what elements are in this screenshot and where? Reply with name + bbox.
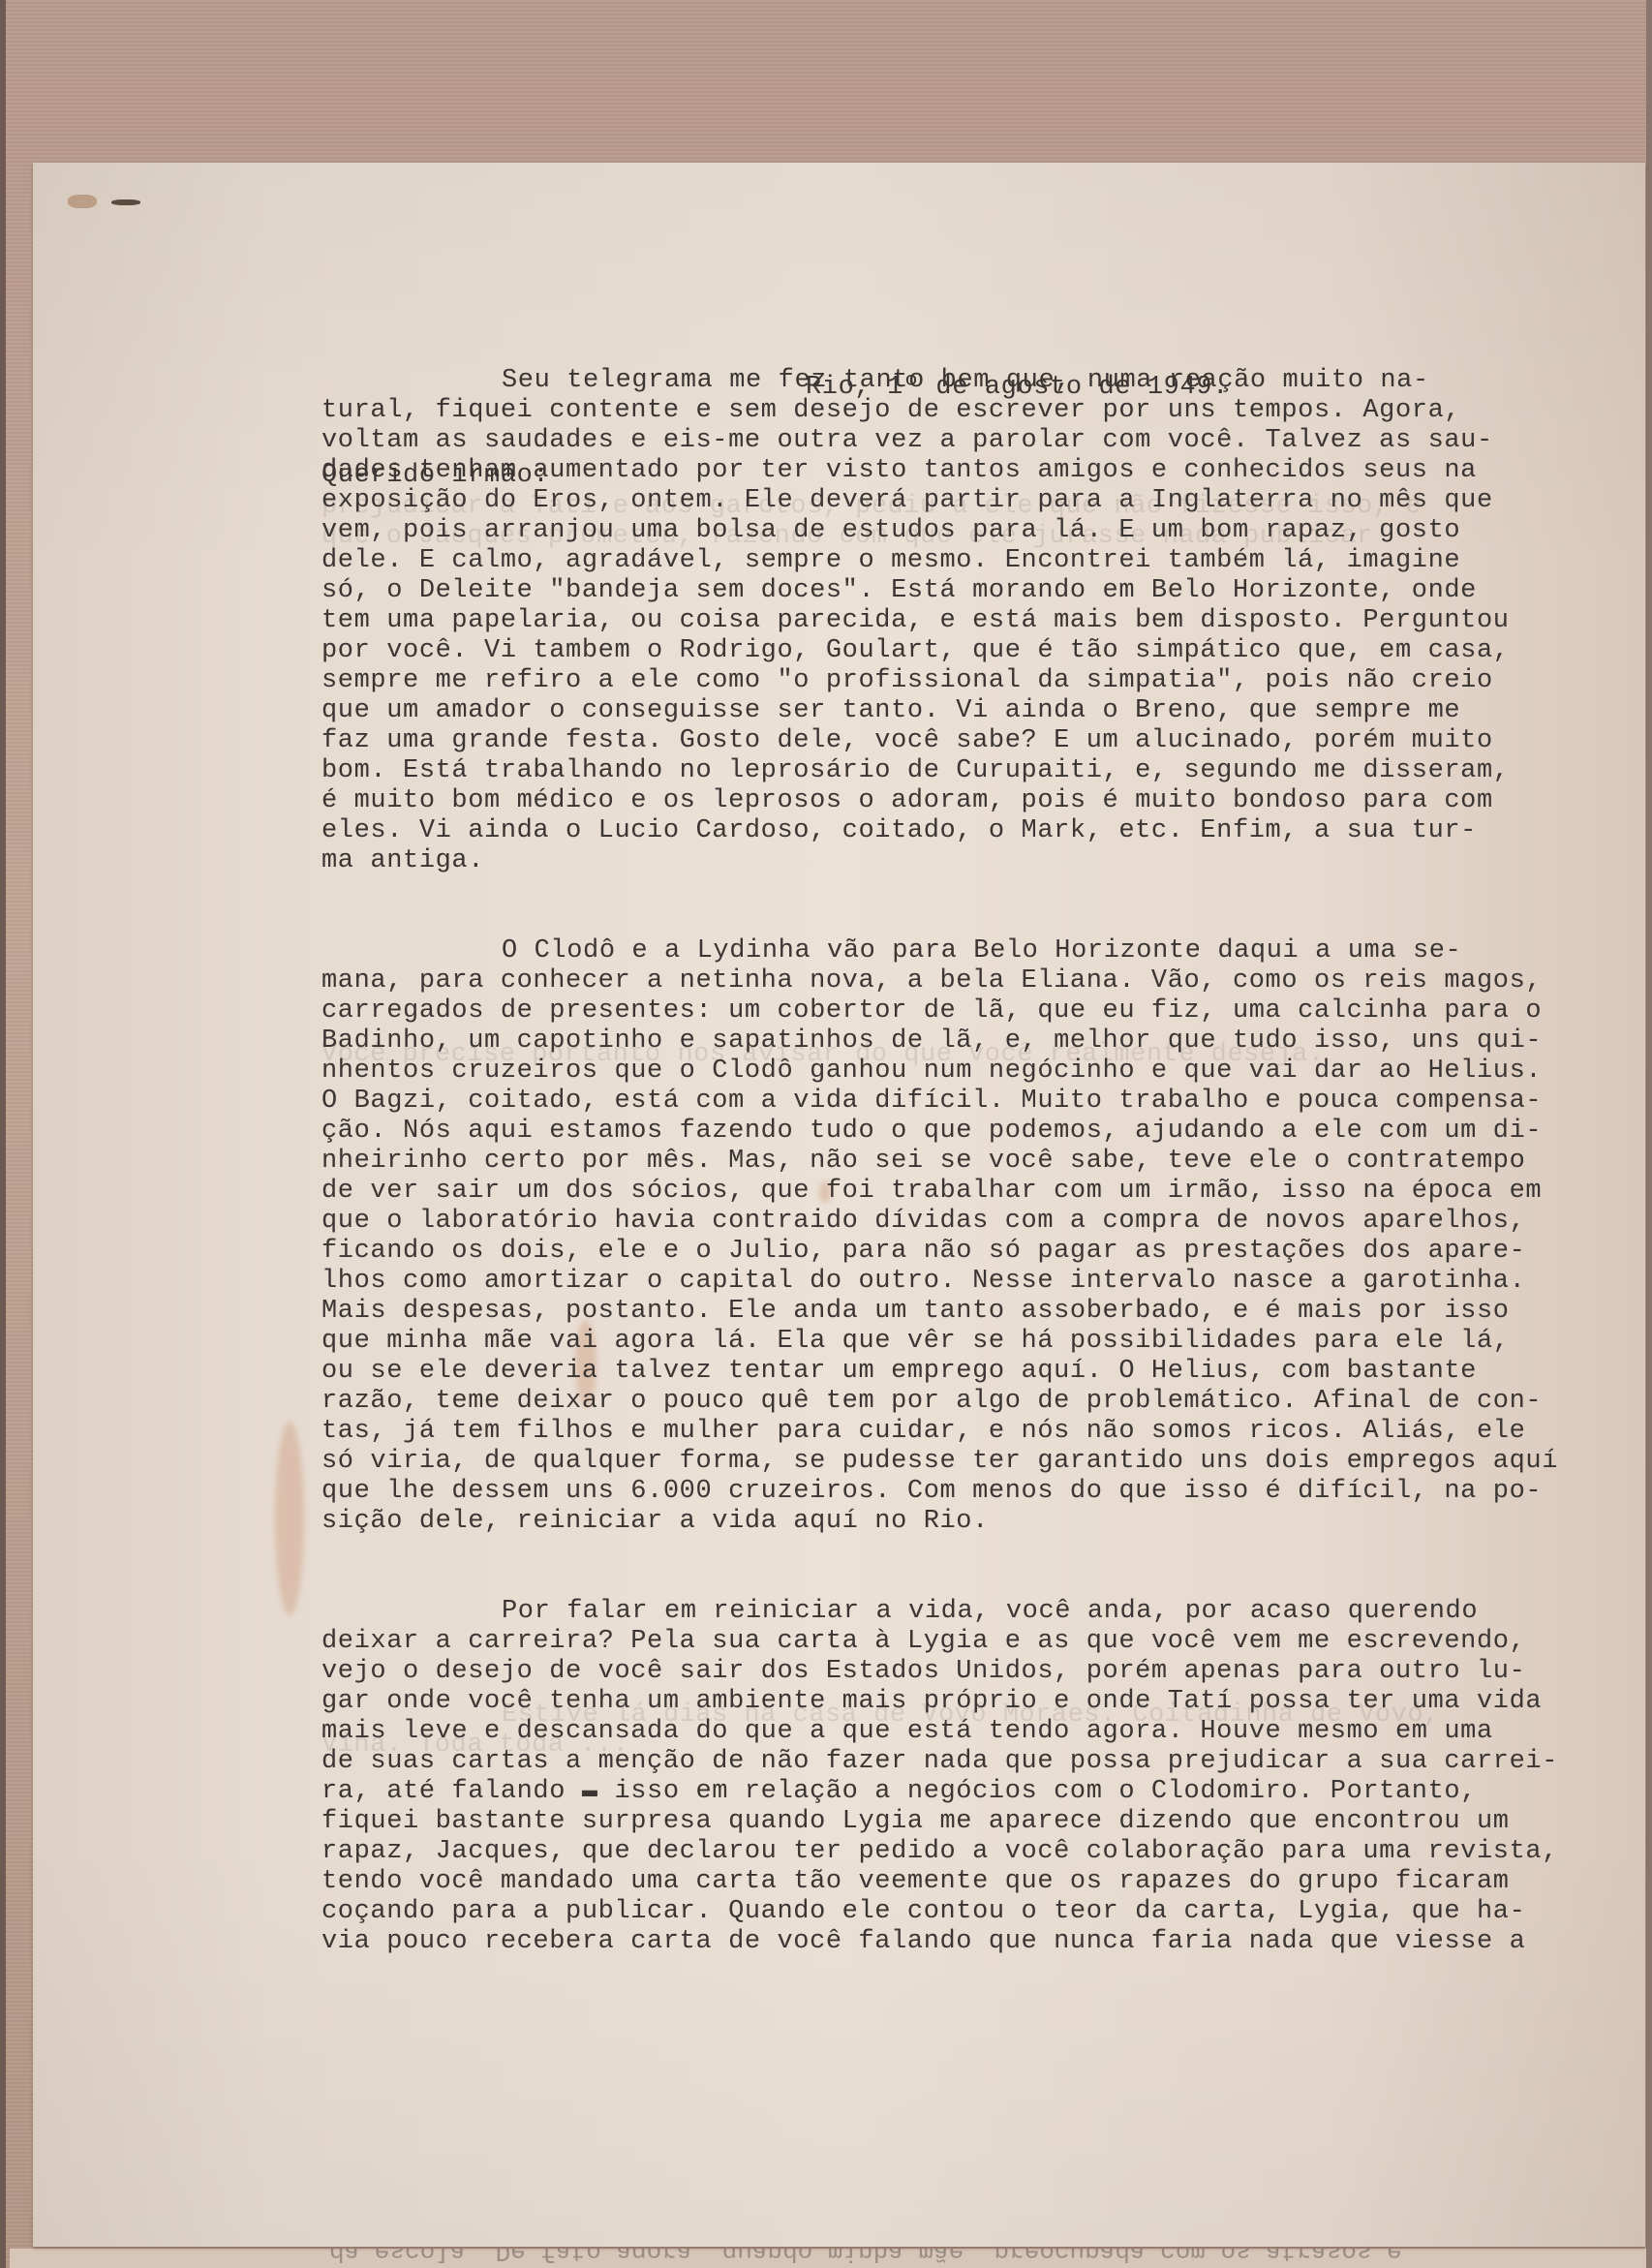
text-line: sempre me refiro a ele como "o profissio… xyxy=(321,666,1493,695)
text-line: que minha mãe vai agora lá. Ela que vêr … xyxy=(321,1327,1510,1356)
text-line: mana, para conhecer a netinha nova, a be… xyxy=(321,966,1542,996)
text-line: ficando os dois, ele e o Julio, para não… xyxy=(321,1237,1525,1266)
text-line: voltam as saudades e eis-me outra vez a … xyxy=(321,426,1493,455)
text-line: dades tenham aumentado por ter visto tan… xyxy=(321,456,1477,485)
text-line: que lhe dessem uns 6.000 cruzeiros. Com … xyxy=(321,1477,1542,1506)
text-line: ou se ele deveria talvez tentar um empre… xyxy=(321,1357,1477,1386)
text-line: Badinho, um capotinho e sapatinhos de lã… xyxy=(321,1027,1542,1056)
text-line: O Clodô e a Lydinha vão para Belo Horizo… xyxy=(502,936,1461,965)
scan-edge-right xyxy=(1646,0,1652,2268)
text-line: vem, pois arranjou uma bolsa de estudos … xyxy=(321,516,1460,545)
text-line: fiquei bastante surpresa quando Lygia me… xyxy=(321,1807,1510,1836)
scan-edge-left xyxy=(0,0,6,2268)
text-line: coçando para a publicar. Quando ele cont… xyxy=(321,1897,1525,1926)
text-line: via pouco recebera carta de você falando… xyxy=(321,1927,1525,1956)
text-line: nheirinho certo por mês. Mas, não sei se… xyxy=(321,1147,1525,1176)
letter-body: Rio, 1º de agosto de 1949. Querido irmão… xyxy=(33,163,1645,2247)
text-line: razão, teme deixar o pouco quê tem por a… xyxy=(321,1387,1542,1416)
text-line: carregados de presentes: um cobertor de … xyxy=(321,996,1542,1026)
text-line: de suas cartas a menção de não fazer nad… xyxy=(321,1747,1558,1776)
text-line: de ver sair um dos sócios, que foi traba… xyxy=(321,1177,1542,1206)
text-line: Por falar em reiniciar a vida, você anda… xyxy=(502,1597,1478,1626)
underlying-page: da escola. De fato agora, quando minha m… xyxy=(10,2249,1646,2268)
text-line: vejo o desejo de você sair dos Estados U… xyxy=(321,1657,1525,1686)
text-line: Mais despesas, postanto. Ele anda um tan… xyxy=(321,1297,1510,1326)
text-line: faz uma grande festa. Gosto dele, você s… xyxy=(321,726,1493,755)
text-line: é muito bom médico e os leprosos o adora… xyxy=(321,786,1493,815)
text-line: rapaz, Jacques, que declarou ter pedido … xyxy=(321,1837,1558,1866)
text-line: sição dele, reiniciar a vida aquí no Rio… xyxy=(321,1507,989,1536)
text-line: só, o Deleite "bandeja sem doces". Está … xyxy=(321,576,1477,605)
text-line: deixar a carreira? Pela sua carta à Lygi… xyxy=(321,1627,1525,1656)
text-line: ra, até falando ▬ isso em relação a negó… xyxy=(321,1777,1477,1806)
underlying-page-text: da escola. De fato agora, quando minha m… xyxy=(329,2249,1402,2266)
text-line: lhos como amortizar o capital do outro. … xyxy=(321,1267,1525,1296)
text-line: tural, fiquei contente e sem desejo de e… xyxy=(321,396,1460,425)
text-line: ção. Nós aqui estamos fazendo tudo o que… xyxy=(321,1117,1542,1146)
text-line: O Bagzi, coitado, está com a vida difíci… xyxy=(321,1087,1542,1116)
text-line: gar onde você tenha um ambiente mais pró… xyxy=(321,1687,1542,1716)
text-line: tendo você mandado uma carta tão veement… xyxy=(321,1867,1510,1896)
text-line: exposição do Eros, ontem. Ele deverá par… xyxy=(321,486,1493,515)
text-line: eles. Vi ainda o Lucio Cardoso, coitado,… xyxy=(321,816,1477,845)
text-line: só viria, de qualquer forma, se pudesse … xyxy=(321,1447,1558,1476)
text-line: tem uma papelaria, ou coisa parecida, e … xyxy=(321,606,1510,635)
text-line: nhentos cruzeiros que o Clodô ganhou num… xyxy=(321,1057,1542,1086)
text-line: ma antiga. xyxy=(321,846,484,875)
text-line: dele. E calmo, agradável, sempre o mesmo… xyxy=(321,546,1460,575)
letter-sheet: prejudicar a Tatí e aos garotos, pediu a… xyxy=(33,163,1645,2247)
text-line: que um amador o conseguisse ser tanto. V… xyxy=(321,696,1460,725)
text-line: mais leve e descansada do que a que está… xyxy=(321,1717,1493,1746)
text-line: que o laboratório havia contraido dívida… xyxy=(321,1207,1525,1236)
text-line: bom. Está trabalhando no leprosário de C… xyxy=(321,756,1510,785)
text-line: Seu telegrama me fez tanto bem que, numa… xyxy=(502,366,1429,395)
text-line: tas, já tem filhos e mulher para cuidar,… xyxy=(321,1417,1525,1446)
text-line: por você. Vi tambem o Rodrigo, Goulart, … xyxy=(321,636,1510,665)
